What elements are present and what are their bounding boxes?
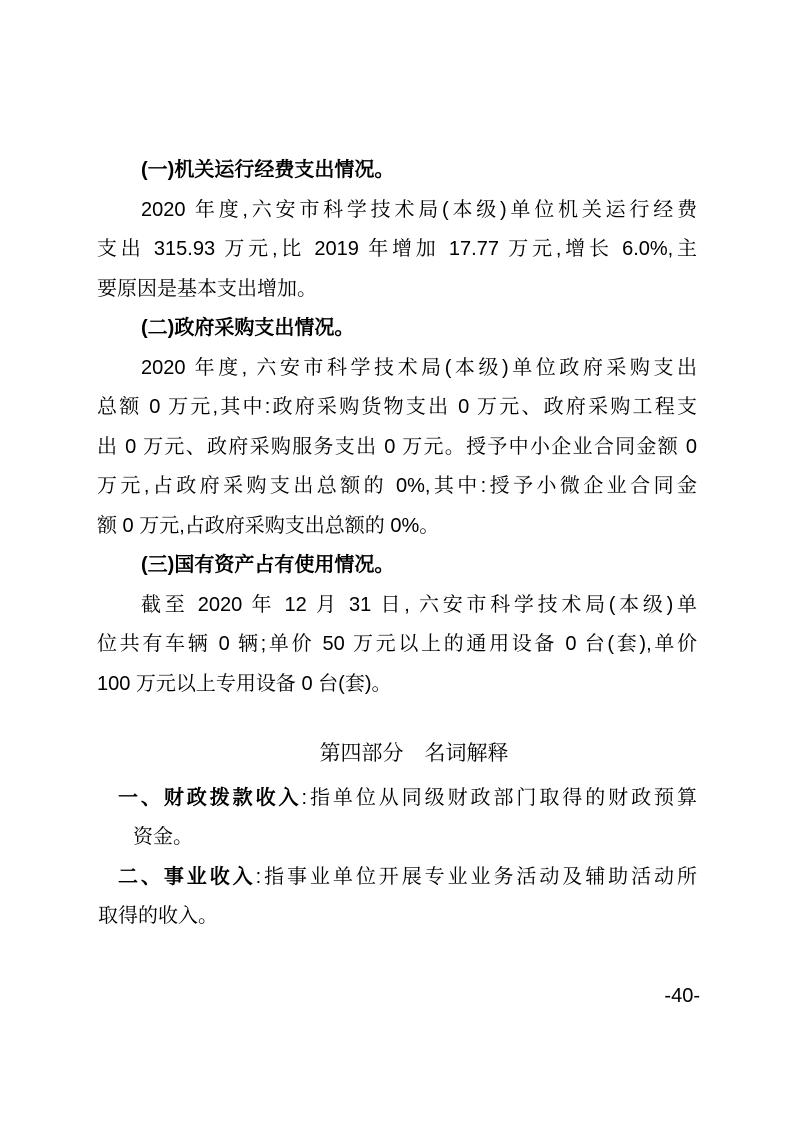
paragraph-3-line-2: 位共有车辆 0 辆;单价 50 万元以上的通用设备 0 台(套),单价	[97, 625, 697, 665]
document-page: (一)机关运行经费支出情况。 2020 年度,六安市科学技术局(本级)单位机关运…	[0, 0, 793, 1122]
paragraph-1-line-1: 2020 年度,六安市科学技术局(本级)单位机关运行经费	[97, 191, 697, 231]
term-1-definition: :指单位从同级财政部门取得的财政预算	[302, 787, 698, 809]
term-1-line-2: 资金。	[97, 818, 697, 858]
paragraph-2-line-2: 总额 0 万元,其中:政府采购货物支出 0 万元、政府采购工程支	[97, 388, 697, 428]
paragraph-2-line-5: 额 0 万元,占政府采购支出总额的 0%。	[97, 507, 697, 547]
paragraph-2-line-3: 出 0 万元、政府采购服务支出 0 万元。授予中小企业合同金额 0	[97, 428, 697, 468]
term-2-line-2: 取得的收入。	[97, 897, 697, 937]
paragraph-3-line-1: 截至 2020 年 12 月 31 日, 六安市科学技术局(本级)单	[97, 586, 697, 626]
section-heading-2: (二)政府采购支出情况。	[97, 309, 697, 349]
part-four-title: 第四部分 名词解释	[97, 734, 697, 774]
term-2-line-1: 二、事业收入:指事业单位开展专业业务活动及辅助活动所	[97, 858, 697, 898]
term-2-definition: :指事业单位开展专业业务活动及辅助活动所	[256, 866, 697, 888]
paragraph-2-line-4: 万元,占政府采购支出总额的 0%,其中:授予小微企业合同金	[97, 467, 697, 507]
page-number: -40-	[664, 981, 700, 1011]
document-content: (一)机关运行经费支出情况。 2020 年度,六安市科学技术局(本级)单位机关运…	[97, 151, 697, 937]
paragraph-2-line-1: 2020 年度, 六安市科学技术局(本级)单位政府采购支出	[97, 349, 697, 389]
paragraph-3-line-3: 100 万元以上专用设备 0 台(套)。	[97, 665, 697, 705]
paragraph-1-line-3: 要原因是基本支出增加。	[97, 270, 697, 310]
term-1-label: 一、财政拨款收入	[118, 787, 302, 809]
section-heading-1: (一)机关运行经费支出情况。	[97, 151, 697, 191]
paragraph-1-line-2: 支出 315.93 万元,比 2019 年增加 17.77 万元,增长 6.0%…	[97, 230, 697, 270]
term-2-label: 二、事业收入	[118, 866, 256, 888]
section-heading-3: (三)国有资产占有使用情况。	[97, 546, 697, 586]
term-1-line-1: 一、财政拨款收入:指单位从同级财政部门取得的财政预算	[97, 779, 697, 819]
